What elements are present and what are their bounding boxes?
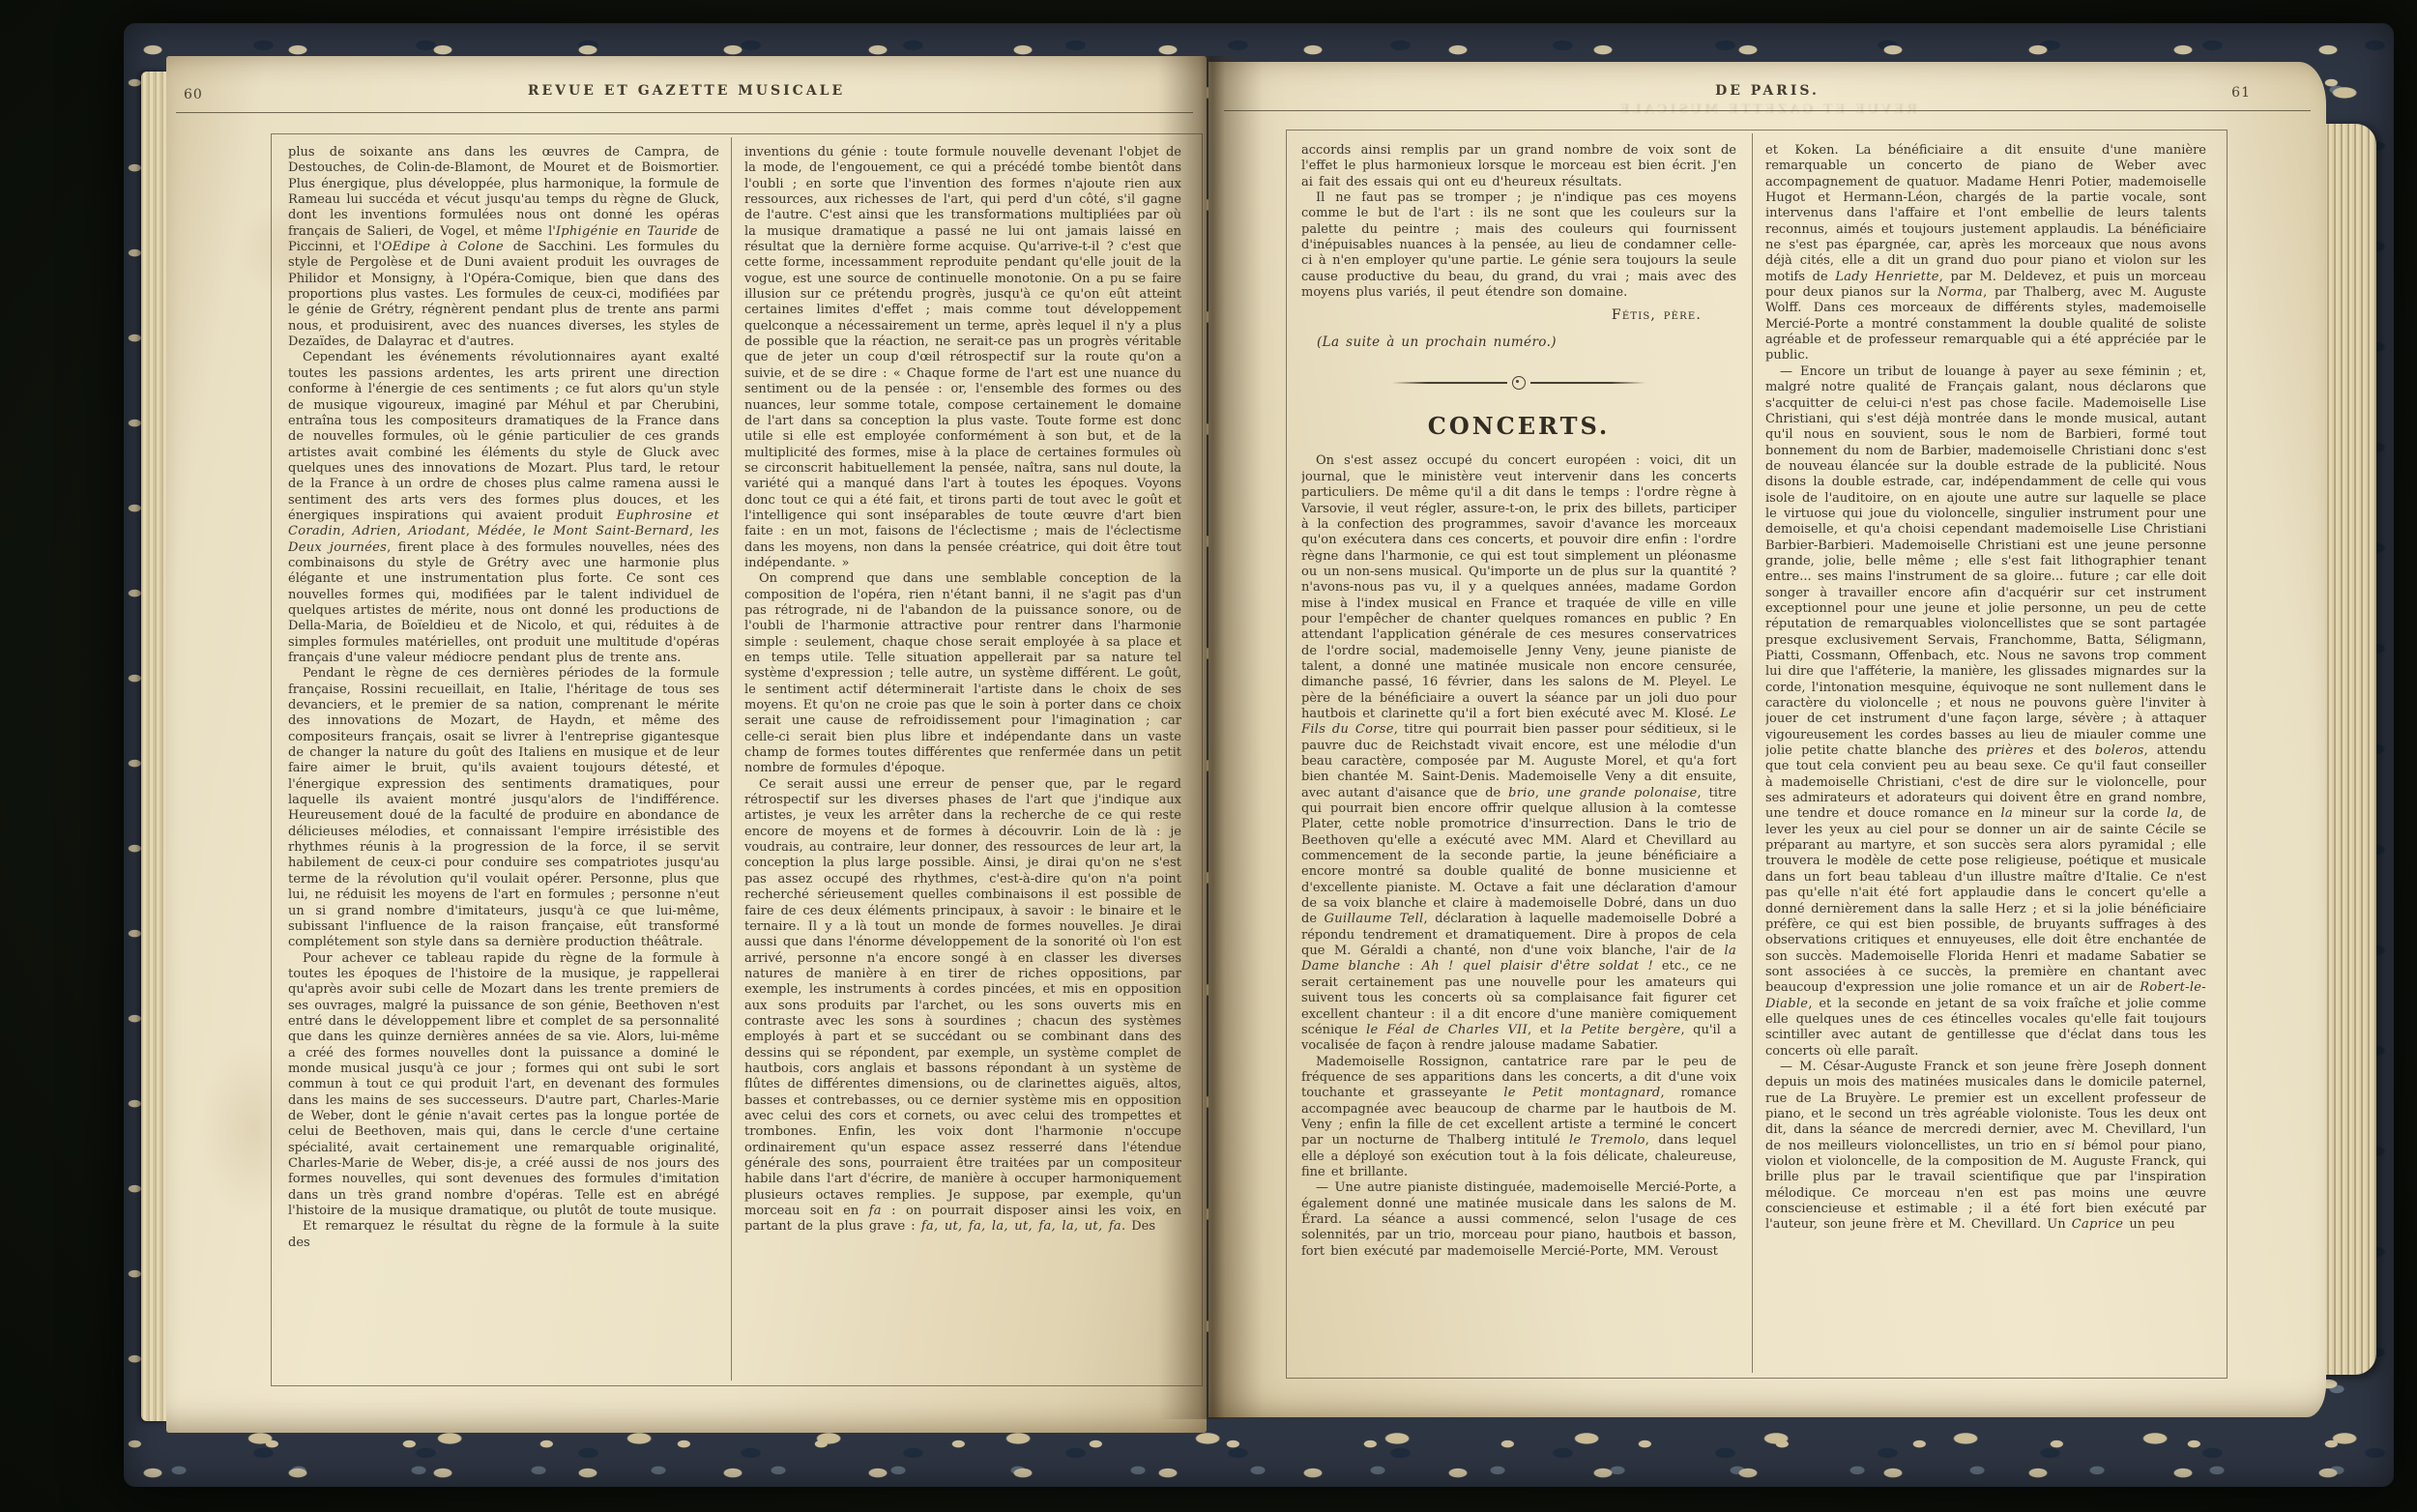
running-head-right: DE PARIS. xyxy=(1208,83,2326,99)
paragraph: — Une autre pianiste distinguée, mademoi… xyxy=(1301,1180,1736,1260)
header-rule xyxy=(1224,110,2311,111)
right-page-column-1: accords ainsi remplis par un grand nombr… xyxy=(1301,143,1736,1369)
paragraph: Pendant le règne de ces dernières périod… xyxy=(288,666,719,950)
paragraph: Et remarquez le résultat du règne de la … xyxy=(288,1219,719,1251)
paragraph: plus de soixante ans dans les œuvres de … xyxy=(288,145,719,350)
paragraph: On s'est assez occupé du concert europée… xyxy=(1301,453,1736,1054)
ornament-line xyxy=(1392,382,1507,383)
ornament-line xyxy=(1530,382,1645,383)
continuation-note: (La suite à un prochain numéro.) xyxy=(1317,334,1736,350)
left-page: 60 REVUE ET GAZETTE MUSICALE plus de soi… xyxy=(166,56,1207,1433)
right-page: REVUE ET GAZETTE MUSICALE 61 DE PARIS. a… xyxy=(1208,62,2326,1417)
left-page-column-1: plus de soixante ans dans les œuvres de … xyxy=(288,145,719,1371)
section-divider-ornament xyxy=(1392,376,1645,390)
running-head-left: REVUE ET GAZETTE MUSICALE xyxy=(166,83,1207,99)
article-end: accords ainsi remplis par un grand nombr… xyxy=(1301,143,1736,301)
column-divider xyxy=(1752,133,1753,1373)
paragraph: On comprend que dans une semblable conce… xyxy=(744,571,1181,776)
paragraph: Cependant les événements révolutionnaire… xyxy=(288,350,719,666)
paragraph: — Encore un tribut de louange à payer au… xyxy=(1765,364,2206,1060)
ornament-glyph xyxy=(1512,376,1526,390)
paragraph: Il ne faut pas se tromper ; je n'indique… xyxy=(1301,190,1736,301)
right-page-column-2: et Koken. La bénéficiaire a dit ensuite … xyxy=(1765,143,2206,1369)
paragraph: Mademoiselle Rossignon, cantatrice rare … xyxy=(1301,1055,1736,1181)
paragraph: inventions du génie : toute formule nouv… xyxy=(744,145,1181,571)
paragraph: et Koken. La bénéficiaire a dit ensuite … xyxy=(1765,143,2206,364)
scanned-book-photo: { "colors": { "paper": "#eae0c4", "ink":… xyxy=(0,0,2417,1512)
page-edge-stack-left xyxy=(141,72,168,1421)
paragraph: accords ainsi remplis par un grand nombr… xyxy=(1301,143,1736,190)
paragraph: Ce serait aussi une erreur de penser que… xyxy=(744,777,1181,1236)
section-heading: CONCERTS. xyxy=(1301,419,1736,434)
column-divider xyxy=(731,137,732,1381)
concerts-article: On s'est assez occupé du concert europée… xyxy=(1301,453,1736,1260)
page-edge-stack-right xyxy=(2318,124,2376,1375)
header-rule xyxy=(176,112,1193,113)
left-page-column-2: inventions du génie : toute formule nouv… xyxy=(744,145,1181,1371)
author-signature: Fétis, père. xyxy=(1301,307,1736,323)
paragraph: Pour achever ce tableau rapide du règne … xyxy=(288,951,719,1220)
paragraph: — M. César-Auguste Franck et son jeune f… xyxy=(1765,1060,2206,1234)
